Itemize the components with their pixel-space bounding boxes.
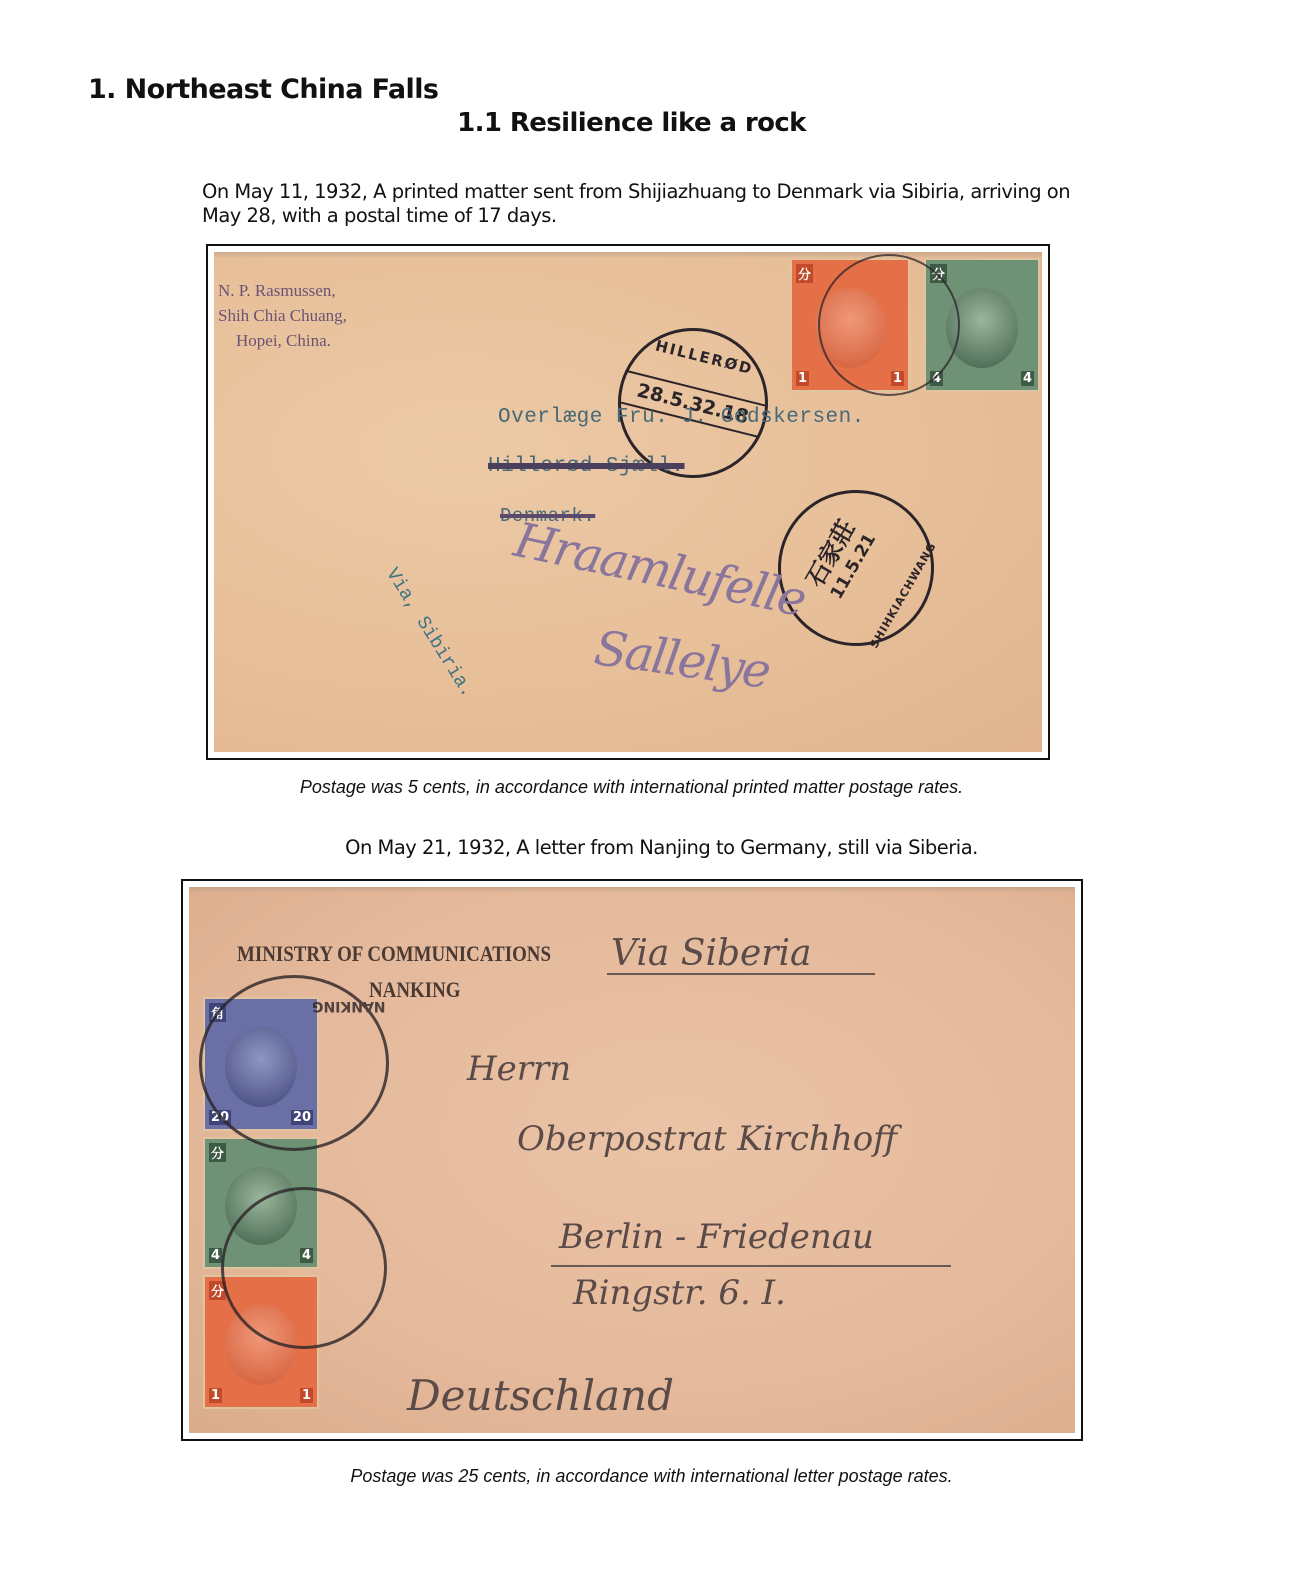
addressee-line-1: Overlæge Fru. J. Godskersen. (498, 406, 865, 429)
section-title: 1. Northeast China Falls (88, 74, 438, 105)
sender-address: N. P. Rasmussen, Shih Chia Chuang, Hopei… (218, 278, 347, 353)
city-underline (551, 1265, 951, 1267)
stamp-value: 4 (209, 1248, 222, 1263)
stamp-unit-char: 分 (796, 264, 813, 283)
exhibit-2-cover-frame: MINISTRY OF COMMUNICATIONS NANKING Via S… (181, 879, 1083, 1441)
exhibit-2-caption: Postage was 25 cents, in accordance with… (0, 1466, 1303, 1487)
envelope-2-image: MINISTRY OF COMMUNICATIONS NANKING Via S… (189, 887, 1075, 1433)
routing-underline (607, 973, 875, 975)
addressee-line-2: Hillerød Sjæll. (488, 455, 685, 478)
letterhead-line-1: MINISTRY OF COMMUNICATIONS (237, 941, 551, 967)
postmark-town: HILLERØD (632, 331, 776, 383)
stamp-value: 1 (209, 1388, 222, 1403)
address-street: Ringstr. 6. I. (573, 1273, 786, 1313)
address-city: Berlin - Friedenau (559, 1217, 874, 1257)
exhibit-1-description: On May 11, 1932, A printed matter sent f… (202, 180, 1102, 228)
address-herrn: Herrn (467, 1049, 571, 1089)
sender-line: N. P. Rasmussen, (218, 278, 347, 303)
routing-instruction: Via, Sibiria. (381, 564, 478, 701)
postmark-on-stamps (818, 254, 960, 396)
postmark-town: NANKING (312, 998, 386, 1014)
subsection-title: 1.1 Resilience like a rock (0, 108, 1263, 138)
exhibit-2-description: On May 21, 1932, A letter from Nanjing t… (0, 836, 1303, 860)
stamp-value: 4 (1021, 371, 1034, 386)
stamp-value: 1 (300, 1388, 313, 1403)
handwritten-routing: Via Siberia (611, 933, 812, 974)
postmark-nanking-1: NANKING (199, 975, 389, 1151)
exhibit-1-caption: Postage was 5 cents, in accordance with … (0, 777, 1283, 798)
sender-line: Hopei, China. (218, 328, 347, 353)
address-name: Oberpostrat Kirchhoff (517, 1119, 897, 1159)
stamp-value: 1 (796, 371, 809, 386)
exhibit-1-cover-frame: N. P. Rasmussen, Shih Chia Chuang, Hopei… (206, 244, 1050, 760)
address-country: Deutschland (407, 1371, 674, 1420)
envelope-1-image: N. P. Rasmussen, Shih Chia Chuang, Hopei… (214, 252, 1042, 752)
stamp-unit-char: 分 (209, 1143, 226, 1162)
handwritten-redirect-2: Sallelye (591, 620, 773, 700)
postmark-nanking-2 (221, 1187, 387, 1349)
handwritten-redirect-1: Hraamlufelle (509, 512, 809, 628)
sender-line: Shih Chia Chuang, (218, 303, 347, 328)
